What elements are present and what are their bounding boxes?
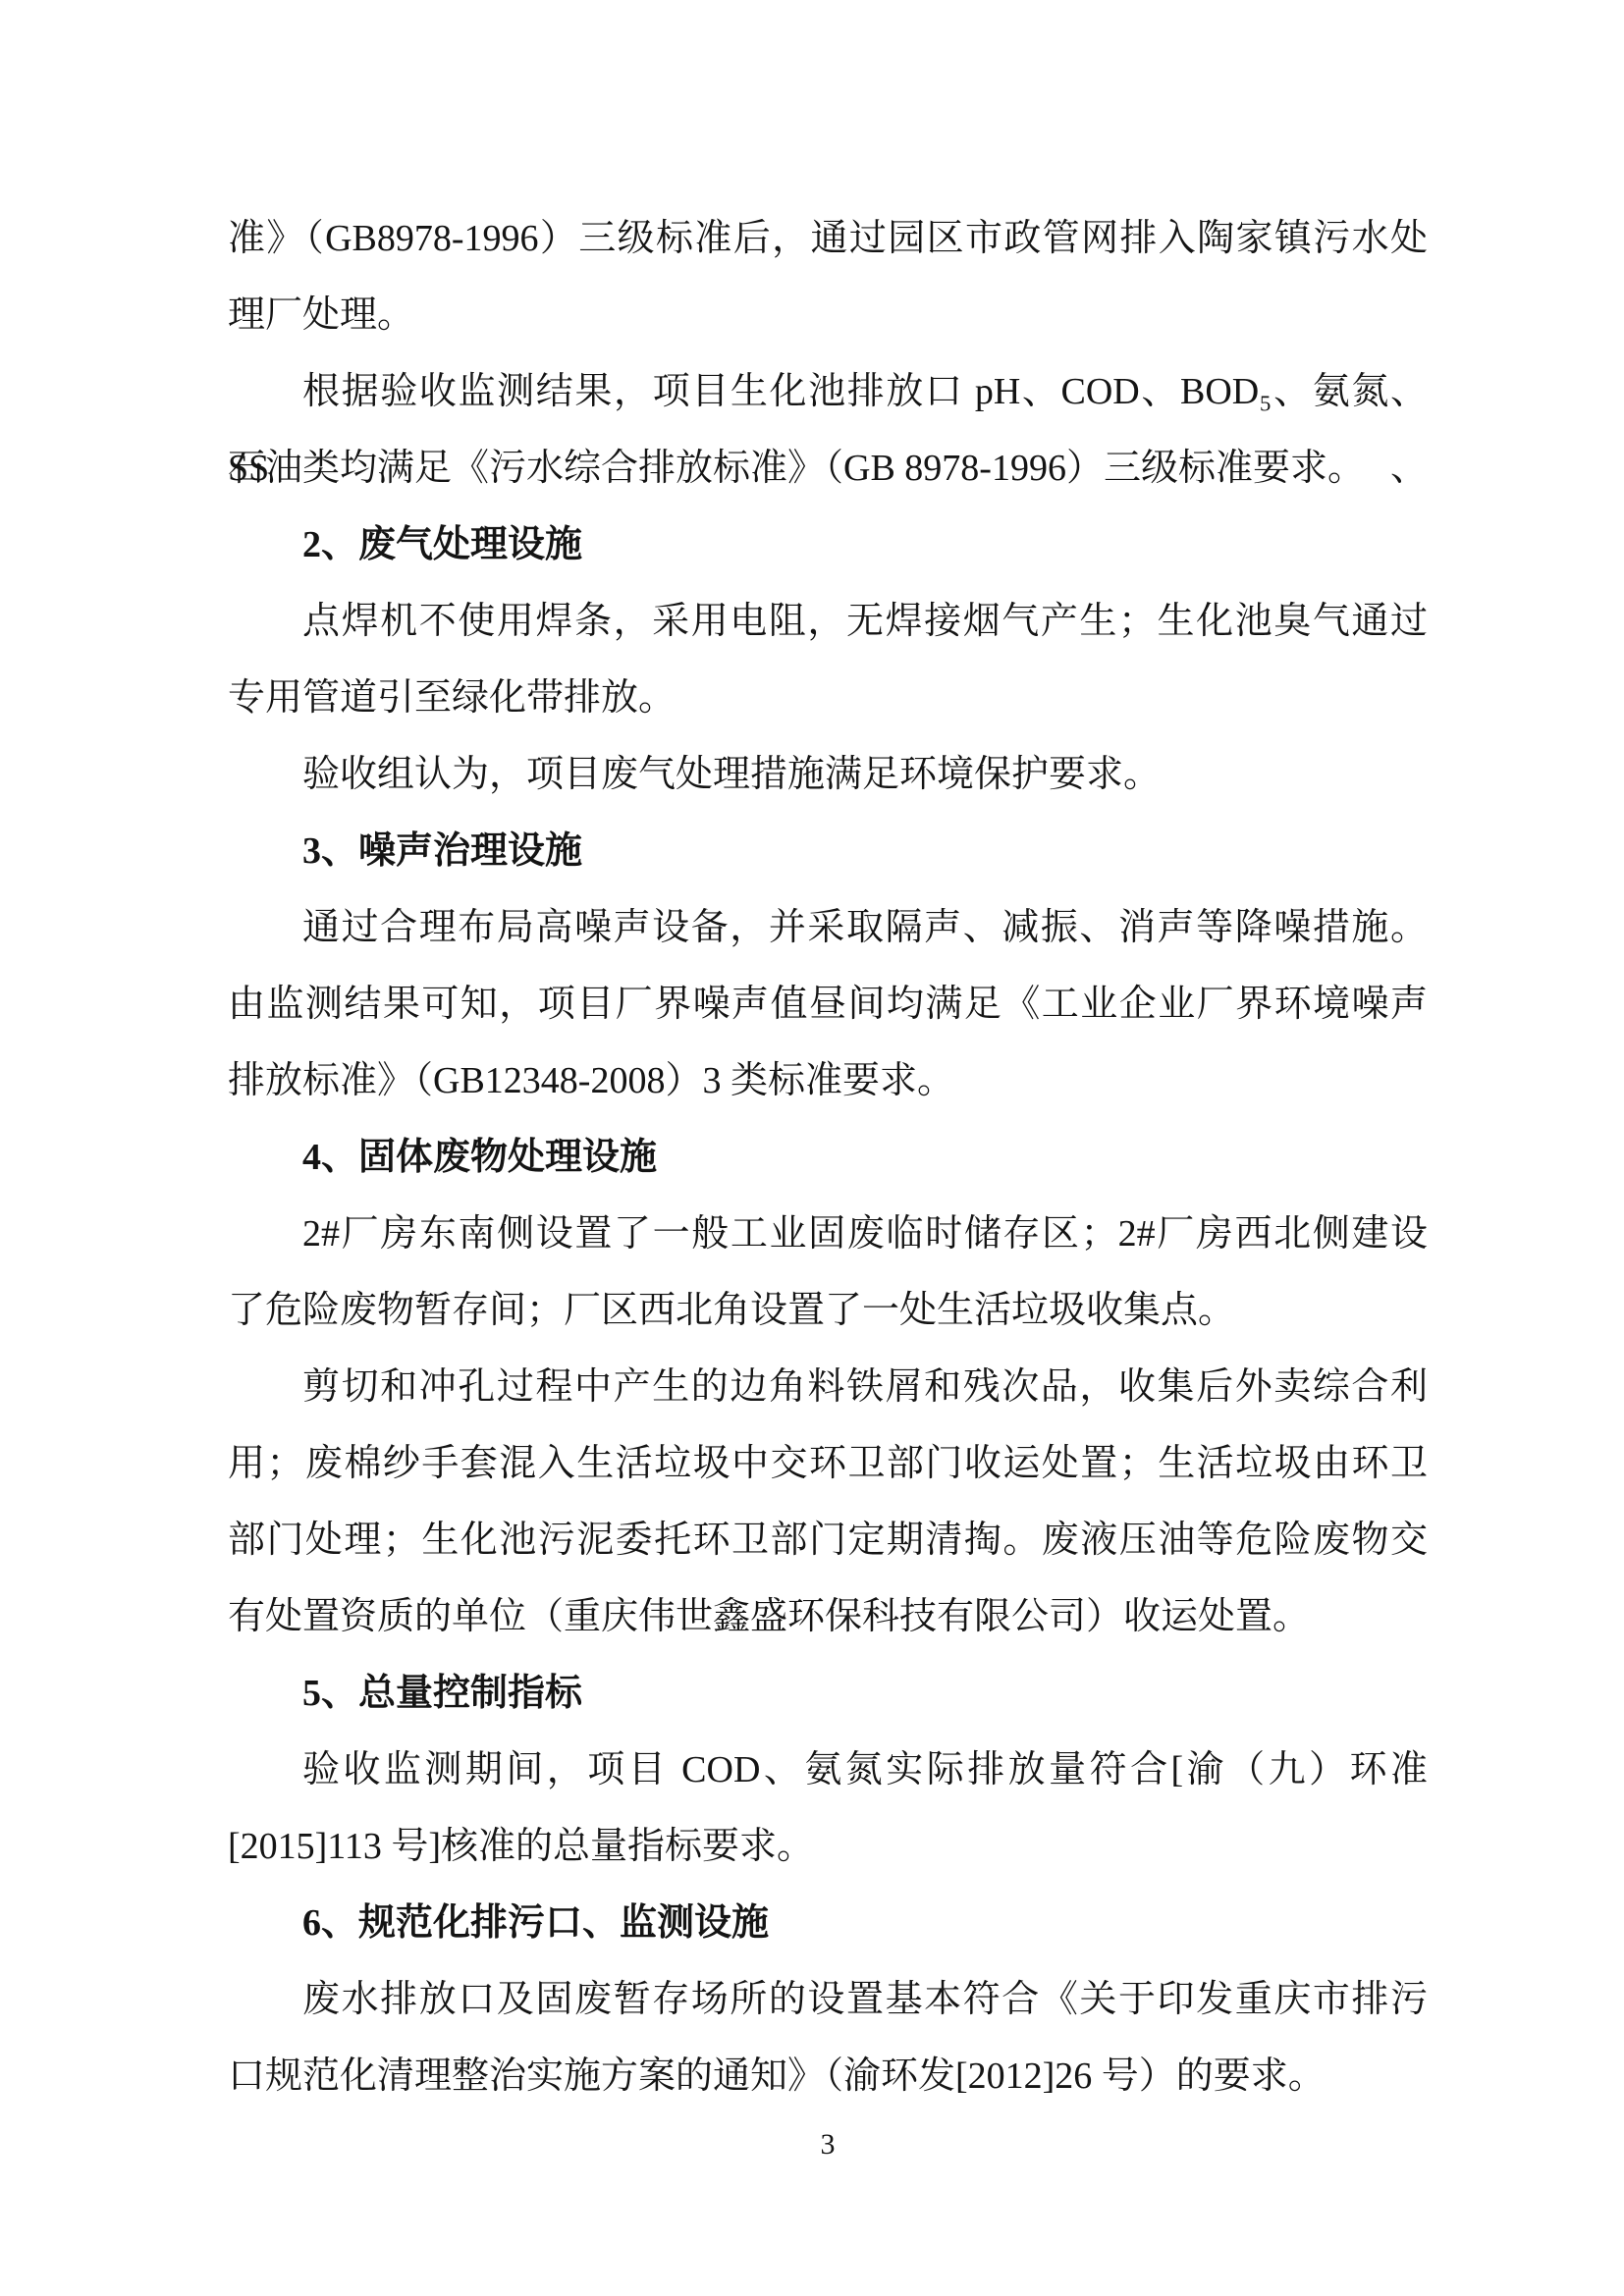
- body-line: 排放标准》（GB12348-2008）3 类标准要求。: [228, 1042, 1428, 1119]
- text-block: 准》（GB8978-1996）三级标准后，通过园区市政管网排入陶家镇污水处 理厂…: [228, 200, 1428, 2114]
- body-line: 有处置资质的单位（重庆伟世鑫盛环保科技有限公司）收运处置。: [228, 1578, 1428, 1655]
- body-line: 根据验收监测结果，项目生化池排放口 pH、COD、BOD₅、氨氮、SS、: [228, 353, 1428, 430]
- body-line: 口规范化清理整治实施方案的通知》（渝环发[2012]26 号）的要求。: [228, 2038, 1428, 2114]
- body-line: 废水排放口及固废暂存场所的设置基本符合《关于印发重庆市排污: [228, 1961, 1428, 2038]
- section-heading-waste-gas: 2、废气处理设施: [228, 507, 1428, 583]
- body-line: 部门处理；生化池污泥委托环卫部门定期清掏。废液压油等危险废物交: [228, 1502, 1428, 1578]
- section-heading-solid-waste: 4、固体废物处理设施: [228, 1119, 1428, 1196]
- body-line: 由监测结果可知，项目厂界噪声值昼间均满足《工业企业厂界环境噪声: [228, 966, 1428, 1042]
- body-line: 验收监测期间，项目 COD、氨氮实际排放量符合[渝（九）环准: [228, 1732, 1428, 1808]
- body-line: 点焊机不使用焊条，采用电阻，无焊接烟气产生；生化池臭气通过: [228, 583, 1428, 660]
- body-line: 石油类均满足《污水综合排放标准》（GB 8978-1996）三级标准要求。: [228, 430, 1428, 507]
- body-line: 验收组认为，项目废气处理措施满足环境保护要求。: [228, 736, 1428, 813]
- body-line: 通过合理布局高噪声设备，并采取隔声、减振、消声等降噪措施。: [228, 889, 1428, 966]
- body-line: 了危险废物暂存间；厂区西北角设置了一处生活垃圾收集点。: [228, 1272, 1428, 1349]
- document-page: 准》（GB8978-1996）三级标准后，通过园区市政管网排入陶家镇污水处 理厂…: [0, 0, 1624, 2296]
- body-line: 理厂处理。: [228, 277, 1428, 353]
- body-line: 准》（GB8978-1996）三级标准后，通过园区市政管网排入陶家镇污水处: [228, 200, 1428, 277]
- body-line: 用；废棉纱手套混入生活垃圾中交环卫部门收运处置；生活垃圾由环卫: [228, 1425, 1428, 1502]
- body-line: 剪切和冲孔过程中产生的边角料铁屑和残次品，收集后外卖综合利: [228, 1349, 1428, 1425]
- body-line: [2015]113 号]核准的总量指标要求。: [228, 1808, 1428, 1885]
- section-heading-noise: 3、噪声治理设施: [228, 813, 1428, 889]
- page-number: 3: [228, 2120, 1428, 2169]
- section-heading-total-control: 5、总量控制指标: [228, 1655, 1428, 1732]
- body-line: 专用管道引至绿化带排放。: [228, 660, 1428, 736]
- body-line: 2#厂房东南侧设置了一般工业固废临时储存区；2#厂房西北侧建设: [228, 1196, 1428, 1272]
- section-heading-outlet-monitoring: 6、规范化排污口、监测设施: [228, 1885, 1428, 1961]
